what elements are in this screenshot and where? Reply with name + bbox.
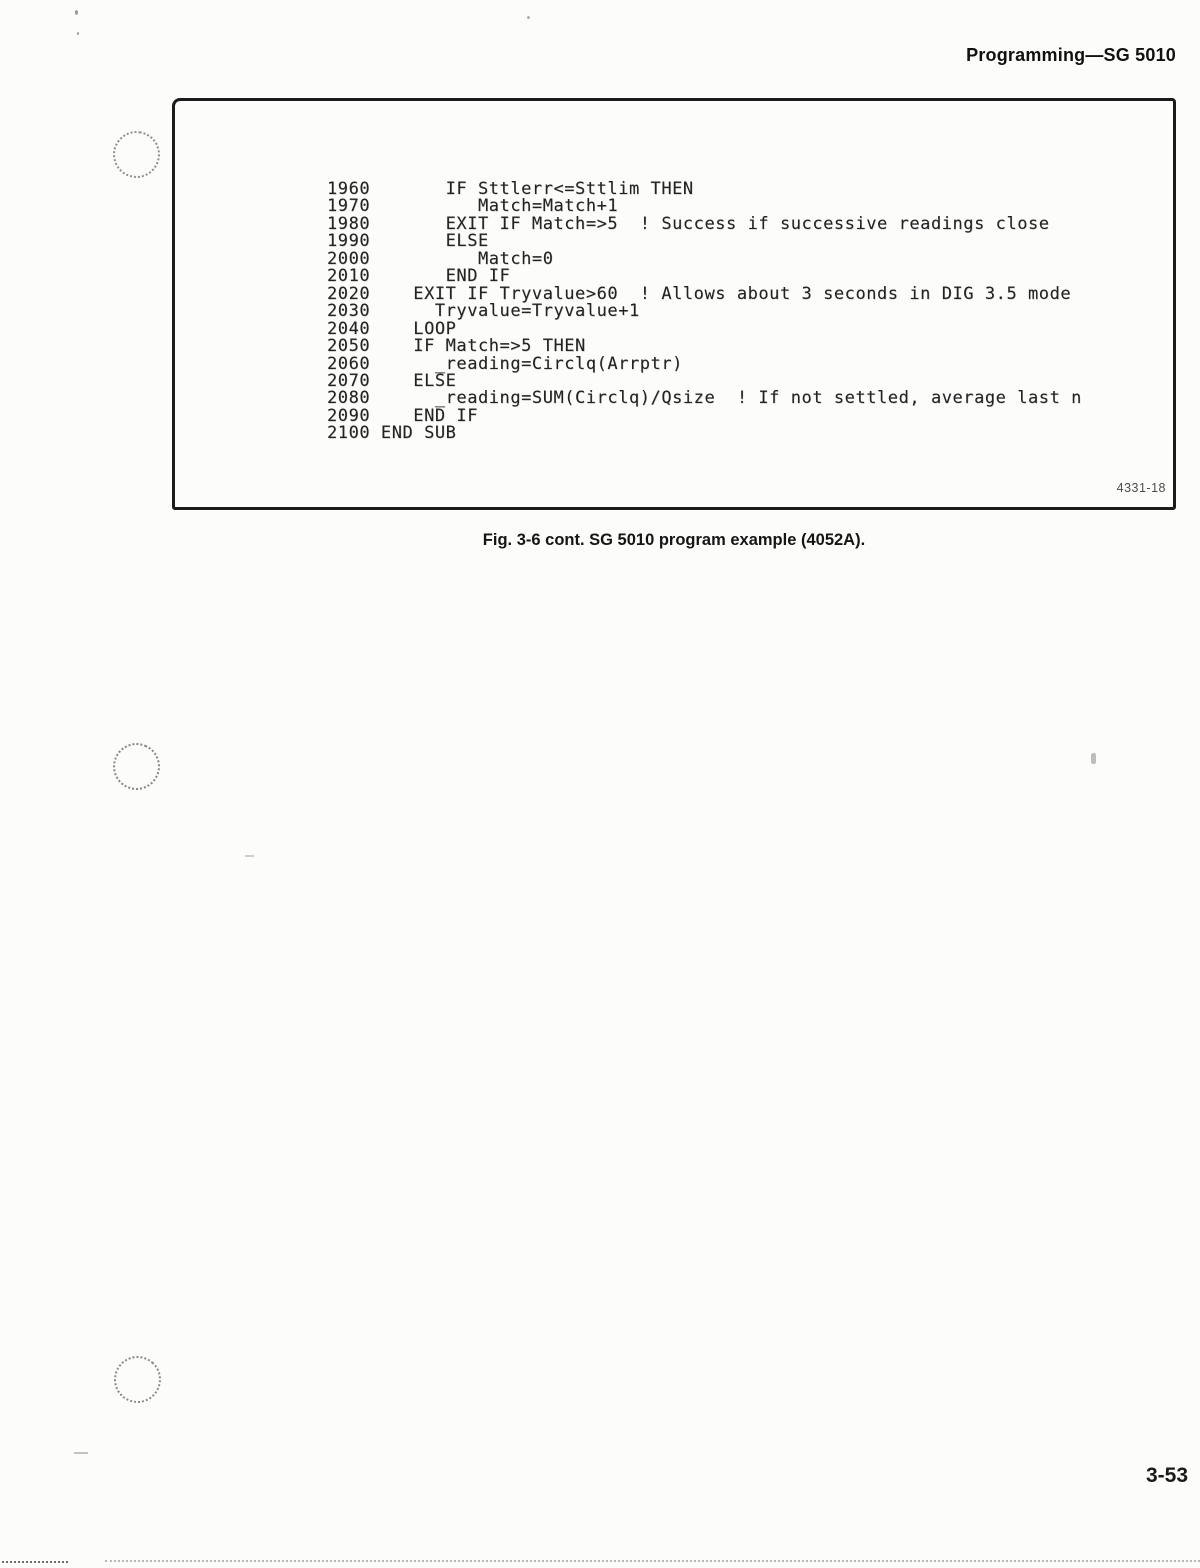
punch-hole-bottom	[104, 1346, 170, 1412]
basic-code-listing: 1960 IF Sttlerr<=Sttlim THEN 1970 Match=…	[327, 181, 1082, 443]
scan-artifact-speck	[75, 10, 78, 15]
scan-artifact-dotted-line-left	[2, 1561, 68, 1563]
page-header: Programming—SG 5010	[966, 45, 1176, 66]
scan-artifact-dotted-line	[105, 1560, 1200, 1562]
scan-artifact-speck	[245, 855, 254, 857]
scan-artifact-speck	[1091, 753, 1096, 764]
scan-artifact-speck	[527, 16, 530, 19]
manual-page: Programming—SG 5010 1960 IF Sttlerr<=Stt…	[0, 0, 1200, 1568]
scan-artifact-speck	[77, 32, 79, 35]
figure-plate-number: 4331-18	[1117, 481, 1166, 495]
figure-caption: Fig. 3-6 cont. SG 5010 program example (…	[172, 531, 1176, 550]
program-listing-box: 1960 IF Sttlerr<=Sttlim THEN 1970 Match=…	[172, 98, 1176, 510]
page-number: 3-53	[1146, 1464, 1188, 1488]
punch-hole-middle	[106, 736, 168, 798]
punch-hole-top	[110, 128, 163, 181]
scan-artifact-speck	[74, 1452, 88, 1454]
